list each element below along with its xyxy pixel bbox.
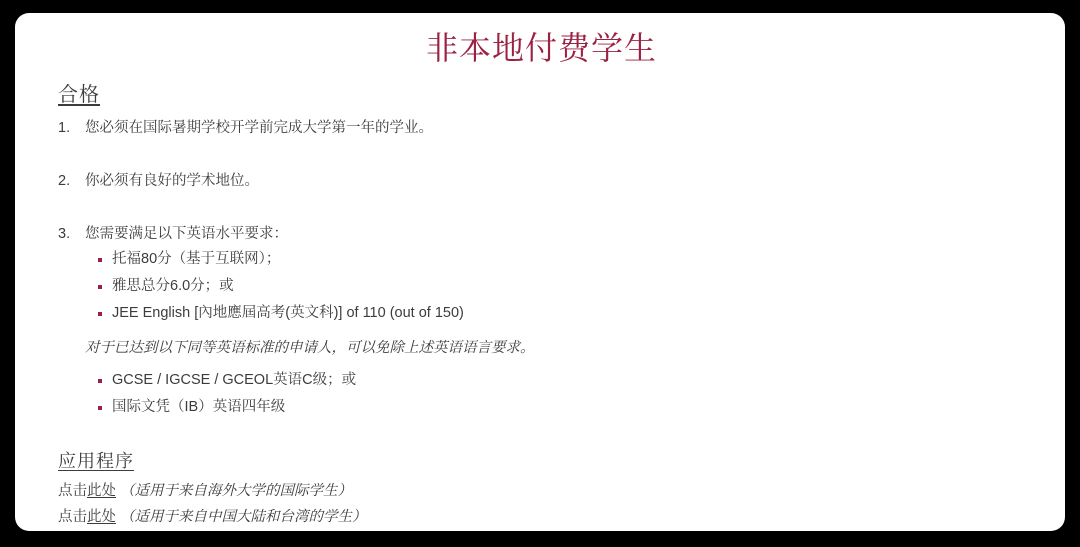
waiver-options-list: GCSE / IGCSE / GCEOL英语C级；或 国际文凭（IB）英语四年级 — [98, 367, 1025, 421]
bullet-icon — [98, 406, 102, 410]
here-link[interactable]: 此处 — [87, 483, 116, 499]
page-title: 非本地付费学生 — [58, 27, 1025, 69]
item-text: GCSE / IGCSE / GCEOL英语C级；或 — [112, 367, 356, 394]
application-links: 点击此处 （适用于来自海外大学的国际学生） 点击此处 （适用于来自中国大陆和台湾… — [58, 479, 1025, 530]
bullet-icon — [98, 312, 102, 316]
item-text: 托福80分（基于互联网）； — [112, 246, 280, 273]
list-item: 3. 您需要满足以下英语水平要求： — [58, 224, 1025, 244]
list-item: JEE English [內地應屆高考(英文科)] of 110 (out of… — [98, 300, 1025, 327]
eligibility-heading: 合格 — [58, 82, 1025, 108]
item-text: 国际文凭（IB）英语四年级 — [112, 394, 285, 421]
list-item: 雅思总分6.0分；或 — [98, 273, 1025, 300]
list-item: GCSE / IGCSE / GCEOL英语C级；或 — [98, 367, 1025, 394]
bullet-icon — [98, 285, 102, 289]
link-prefix: 点击 — [58, 483, 87, 499]
eligibility-list: 1. 您必须在国际暑期学校开学前完成大学第一年的学业。 2. 你必须有良好的学术… — [58, 118, 1025, 244]
item-text: 您需要满足以下英语水平要求： — [85, 224, 288, 244]
application-link-mainland-taiwan: 点击此处 （适用于来自中国大陆和台湾的学生） — [58, 505, 1025, 531]
item-number: 3. — [58, 224, 85, 244]
eligibility-section: 合格 1. 您必须在国际暑期学校开学前完成大学第一年的学业。 2. 你必须有良好… — [58, 82, 1025, 421]
link-description: （适用于来自中国大陆和台湾的学生） — [120, 509, 367, 525]
waiver-note: 对于已达到以下同等英语标准的申请人，可以免除上述英语语言要求。 — [85, 338, 1025, 358]
item-text: 您必须在国际暑期学校开学前完成大学第一年的学业。 — [85, 118, 433, 138]
item-number: 1. — [58, 118, 85, 138]
list-item: 托福80分（基于互联网）； — [98, 246, 1025, 273]
link-prefix: 点击 — [58, 509, 87, 525]
application-link-overseas: 点击此处 （适用于来自海外大学的国际学生） — [58, 479, 1025, 505]
english-requirements-list: 托福80分（基于互联网）； 雅思总分6.0分；或 JEE English [內地… — [98, 246, 1025, 327]
list-item: 1. 您必须在国际暑期学校开学前完成大学第一年的学业。 — [58, 118, 1025, 138]
content-panel: 非本地付费学生 合格 1. 您必须在国际暑期学校开学前完成大学第一年的学业。 2… — [15, 13, 1065, 531]
application-heading: 应用程序 — [58, 449, 1025, 473]
item-number: 2. — [58, 171, 85, 191]
list-item: 国际文凭（IB）英语四年级 — [98, 394, 1025, 421]
item-text: 你必须有良好的学术地位。 — [85, 171, 259, 191]
item-text: JEE English [內地應屆高考(英文科)] of 110 (out of… — [112, 300, 464, 327]
bullet-icon — [98, 379, 102, 383]
bullet-icon — [98, 258, 102, 262]
item-text: 雅思总分6.0分；或 — [112, 273, 234, 300]
list-item: 2. 你必须有良好的学术地位。 — [58, 171, 1025, 191]
application-section: 应用程序 点击此处 （适用于来自海外大学的国际学生） 点击此处 （适用于来自中国… — [58, 449, 1025, 530]
link-description: （适用于来自海外大学的国际学生） — [120, 483, 352, 499]
here-link[interactable]: 此处 — [87, 509, 116, 525]
